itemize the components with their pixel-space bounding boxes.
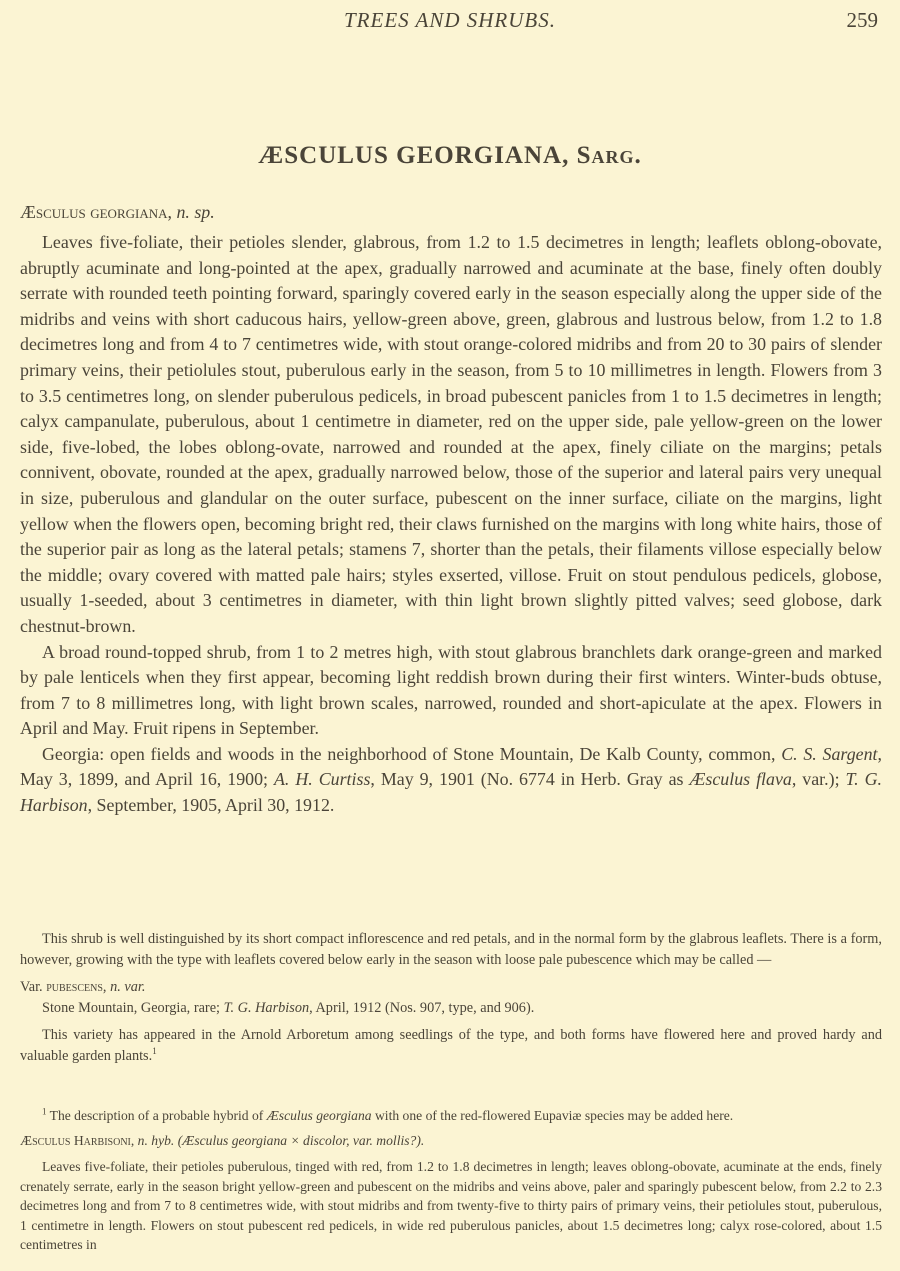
locality-text-4: , September, 1905, April 30, 1912. (88, 795, 335, 815)
footnote-reference[interactable]: 1 (152, 1046, 157, 1056)
hybrid-parentage: (Æsculus georgiana × discolor, var. moll… (178, 1133, 425, 1148)
variety-designation: n. var. (110, 979, 145, 995)
description-paragraph-1: Leaves five-foliate, their petioles slen… (20, 230, 882, 640)
remark-paragraph: This shrub is well distinguished by its … (20, 929, 882, 971)
hybrid-name: Æsculus Harbisoni (20, 1133, 131, 1148)
locality-text-3: , var.); (792, 769, 846, 789)
species-heading-block: Æsculus georgiana, n. sp. (20, 200, 882, 226)
species-title-name: ÆSCULUS GEORGIANA, (258, 142, 576, 169)
notes-block: This shrub is well distinguished by its … (20, 929, 882, 1067)
footnote-intro-2: with one of the red-flowered Eupaviæ spe… (372, 1108, 734, 1123)
page-number: 259 (847, 8, 879, 33)
footnote-intro-taxon: Æsculus georgiana (267, 1108, 372, 1123)
variety-locality-suffix: , April, 1912 (Nos. 907, type, and 906). (309, 1000, 534, 1016)
variety-collector: T. G. Harbison (224, 1000, 310, 1016)
species-title: ÆSCULUS GEORGIANA, Sarg. (0, 142, 900, 170)
description-block: Leaves five-foliate, their petioles slen… (20, 230, 882, 819)
description-paragraph-2: A broad round-topped shrub, from 1 to 2 … (20, 640, 882, 742)
species-heading-designation: n. sp. (176, 202, 214, 222)
running-title: TREES AND SHRUBS. (0, 8, 900, 33)
variety-locality-prefix: Stone Mountain, Georgia, rare; (42, 1000, 224, 1016)
hybrid-heading: Æsculus Harbisoni, n. hyb. (Æsculus geor… (20, 1129, 882, 1154)
running-head: TREES AND SHRUBS. 259 (0, 6, 900, 36)
collector-sargent: C. S. Sargent (781, 744, 877, 764)
footnote-intro: 1 The description of a probable hybrid o… (20, 1104, 882, 1129)
locality-prefix: Georgia: open fields and woods in the ne… (42, 744, 781, 764)
locality-text-2: , May 9, 1901 (No. 6774 in Herb. Gray as (370, 769, 689, 789)
variety-prefix: Var. (20, 979, 46, 995)
hybrid-description: Leaves five-foliate, their petioles pube… (20, 1157, 882, 1255)
variety-heading: Var. pubescens, n. var. (20, 977, 882, 998)
species-title-author: Sarg. (577, 142, 642, 169)
footnote-intro-1: The description of a probable hybrid of (47, 1108, 267, 1123)
taxon-aesculus-flava: Æsculus flava (689, 769, 791, 789)
variety-locality: Stone Mountain, Georgia, rare; T. G. Har… (20, 998, 882, 1019)
species-heading: Æsculus georgiana, n. sp. (20, 200, 882, 226)
footnote-block: 1 The description of a probable hybrid o… (20, 1104, 882, 1255)
book-page: TREES AND SHRUBS. 259 ÆSCULUS GEORGIANA,… (0, 0, 900, 1271)
hybrid-designation: n. hyb. (138, 1133, 175, 1148)
variety-name: pubescens (46, 979, 103, 995)
species-heading-name: Æsculus georgiana (20, 202, 168, 222)
variety-remark-text: This variety has appeared in the Arnold … (20, 1027, 882, 1064)
variety-remark: This variety has appeared in the Arnold … (20, 1025, 882, 1067)
locality-paragraph: Georgia: open fields and woods in the ne… (20, 742, 882, 819)
collector-curtiss: A. H. Curtiss (274, 769, 370, 789)
